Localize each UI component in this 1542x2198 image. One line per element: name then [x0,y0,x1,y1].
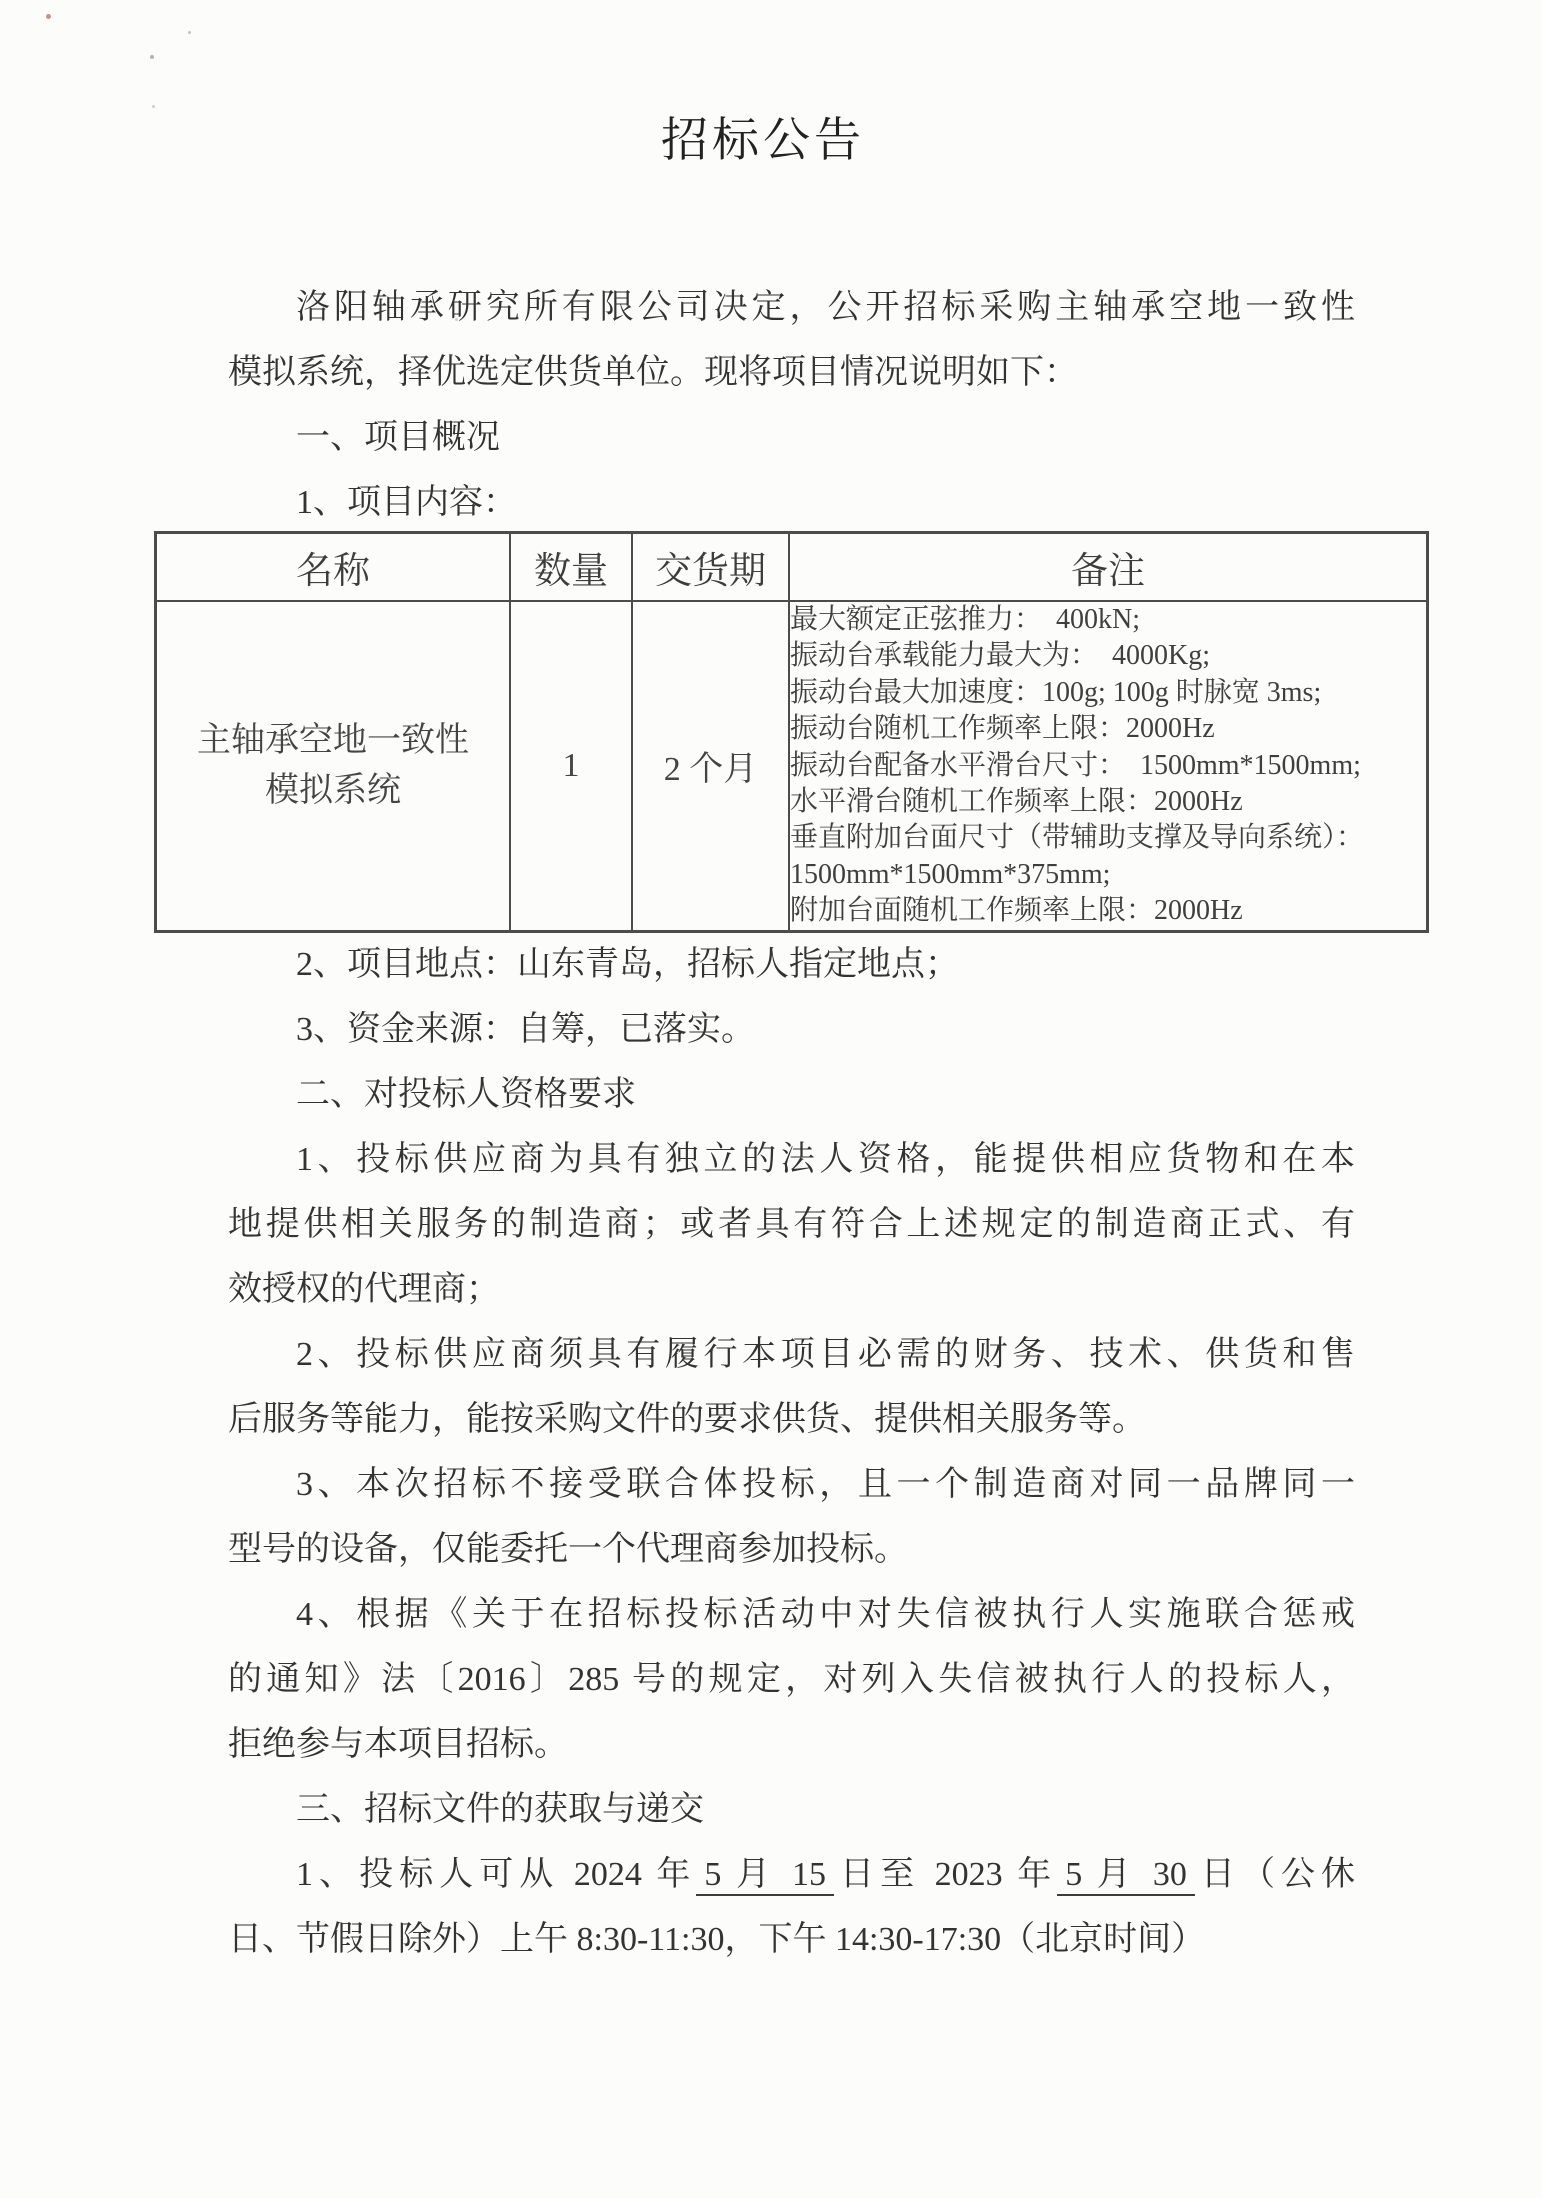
item-project-content: 1、项目内容： [228,470,1355,535]
qualification-3-line-2: 型号的设备，仅能委托一个代理商参加投标。 [228,1517,1355,1582]
remark-line: 水平滑台随机工作频率上限：2000Hz [790,784,1426,820]
section-heading-overview: 一、项目概况 [228,405,1355,470]
item-name-line-1: 主轴承空地一致性 [157,716,509,766]
date-line-1: 1、投标人可从 2024 年5 月15日至 2023 年5 月30日（公休 [228,1842,1355,1907]
document-page: 招标公告 洛阳轴承研究所有限公司决定，公开招标采购主轴承空地一致性 模拟系统，择… [0,0,1542,2198]
cell-remarks: 最大额定正弦推力： 400kN; 振动台承载能力最大为： 4000Kg; 振动台… [789,601,1427,931]
remark-line: 垂直附加台面尺寸（带辅助支撑及导向系统）： [790,820,1426,856]
qualification-2-line-1: 2、投标供应商须具有履行本项目必需的财务、技术、供货和售 [228,1322,1355,1387]
underlined-month-end: 5 月 [1057,1856,1145,1896]
qualification-4-line-2: 的通知》法〔2016〕285 号的规定，对列入失信被执行人的投标人， [228,1647,1355,1712]
cell-delivery-period: 2 个月 [632,601,789,931]
date-text-suffix: 日（公休 [1195,1856,1355,1893]
document-body: 洛阳轴承研究所有限公司决定，公开招标采购主轴承空地一致性 模拟系统，择优选定供货… [228,275,1355,1972]
col-header-quantity: 数量 [510,533,632,601]
qualification-1-line-3: 效授权的代理商； [228,1257,1355,1322]
underlined-day-start: 15 [784,1856,834,1896]
page-title: 招标公告 [0,103,1526,170]
date-text-prefix: 1、投标人可从 2024 年 [296,1856,696,1893]
qualification-4-line-3: 拒绝参与本项目招标。 [228,1712,1355,1777]
project-table-wrapper: 名称 数量 交货期 备注 主轴承空地一致性 模拟系统 1 2 个月 [155,532,1355,932]
qualification-2-line-2: 后服务等能力，能按采购文件的要求供货、提供相关服务等。 [228,1387,1355,1452]
remark-line: 附加台面随机工作频率上限：2000Hz [790,893,1426,929]
qualification-1-line-1: 1、投标供应商为具有独立的法人资格，能提供相应货物和在本 [228,1127,1355,1192]
remark-line: 1500mm*1500mm*375mm; [790,857,1426,893]
qualification-3-line-1: 3、本次招标不接受联合体投标，且一个制造商对同一品牌同一 [228,1452,1355,1517]
remark-line: 振动台最大加速度：100g; 100g 时脉宽 3ms; [790,675,1426,711]
remark-line: 振动台配备水平滑台尺寸： 1500mm*1500mm; [790,748,1426,784]
date-text-mid: 日至 2023 年 [834,1856,1057,1893]
intro-line-1: 洛阳轴承研究所有限公司决定，公开招标采购主轴承空地一致性 [228,275,1355,340]
qualification-1-line-2: 地提供相关服务的制造商；或者具有符合上述规定的制造商正式、有 [228,1192,1355,1257]
item-name-line-2: 模拟系统 [157,766,509,816]
col-header-remarks: 备注 [789,533,1427,601]
remark-line: 振动台随机工作频率上限：2000Hz [790,711,1426,747]
item-funding-source: 3、资金来源：自筹，已落实。 [228,997,1355,1062]
scan-speck [46,14,51,19]
section-heading-qualification: 二、对投标人资格要求 [228,1062,1355,1127]
project-table: 名称 数量 交货期 备注 主轴承空地一致性 模拟系统 1 2 个月 [155,532,1428,932]
scan-speck [188,31,191,34]
table-row: 主轴承空地一致性 模拟系统 1 2 个月 最大额定正弦推力： 400kN; 振动… [156,601,1427,931]
underlined-month-start: 5 月 [696,1856,784,1896]
remark-line: 最大额定正弦推力： 400kN; [790,602,1426,638]
underlined-day-end: 30 [1145,1856,1195,1896]
cell-item-name: 主轴承空地一致性 模拟系统 [156,601,510,931]
scan-speck [150,55,154,59]
intro-line-2: 模拟系统，择优选定供货单位。现将项目情况说明如下： [228,340,1355,405]
col-header-delivery: 交货期 [632,533,789,601]
section-heading-documents: 三、招标文件的获取与递交 [228,1777,1355,1842]
remark-line: 振动台承载能力最大为： 4000Kg; [790,638,1426,674]
cell-quantity: 1 [510,601,632,931]
date-line-2: 日、节假日除外）上午 8:30-11:30，下午 14:30-17:30（北京时… [228,1907,1355,1972]
col-header-name: 名称 [156,533,510,601]
qualification-4-line-1: 4、根据《关于在招标投标活动中对失信被执行人实施联合惩戒 [228,1582,1355,1647]
item-project-location: 2、项目地点：山东青岛，招标人指定地点； [228,932,1355,997]
table-header-row: 名称 数量 交货期 备注 [156,533,1427,601]
